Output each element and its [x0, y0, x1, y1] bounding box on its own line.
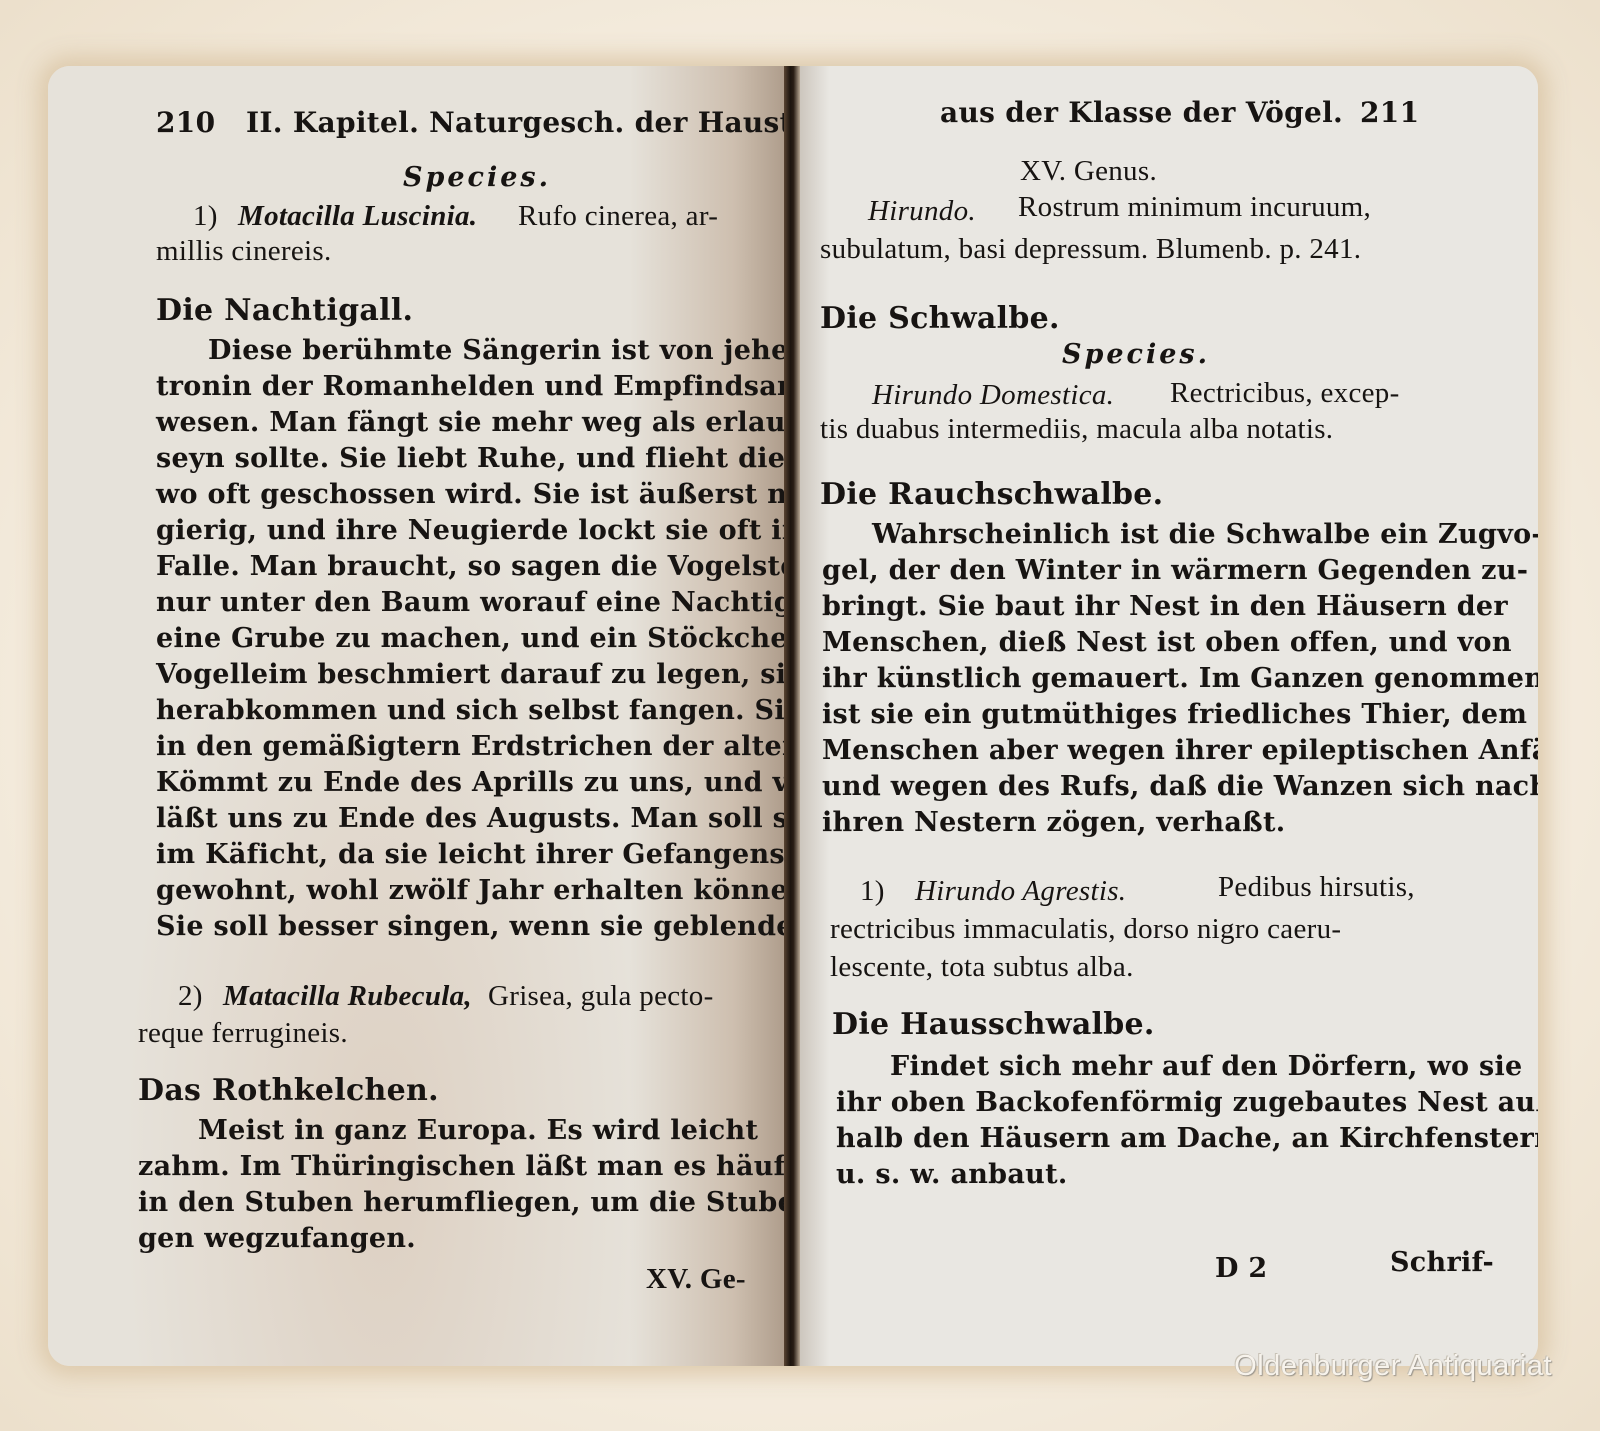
heading-schwalbe: Die Schwalbe. [820, 302, 1060, 336]
page-number-left: 210 [156, 106, 215, 140]
entry-1-description-cont: millis cinereis. [156, 234, 332, 268]
left-page: 210 II. Kapitel. Naturgesch. der Hausthi… [48, 66, 793, 1366]
text-line: in den Stuben herumfliegen, um die Stube… [138, 1186, 877, 1220]
text-line: gierig, und ihre Neugierde lockt sie oft… [156, 514, 859, 548]
text-line: u. s. w. anbaut. [836, 1158, 1068, 1192]
text-line: und wegen des Rufs, daß die Wanzen sich … [822, 770, 1538, 804]
entry-1-latin-name: Motacilla Luscinia. [238, 199, 477, 233]
text-line: Menschen aber wegen ihrer epileptischen … [822, 734, 1538, 768]
heading-rauchschwalbe: Die Rauchschwalbe. [820, 478, 1163, 512]
species-label: Species. [403, 161, 551, 195]
text-line: ihr künstlich gemauert. Im Ganzen genomm… [822, 662, 1538, 696]
heading-nachtigall: Die Nachtigall. [156, 294, 413, 328]
photo-frame: 210 II. Kapitel. Naturgesch. der Hausthi… [0, 0, 1600, 1431]
text-line: Meist in ganz Europa. Es wird leicht [198, 1114, 758, 1148]
catchword-left: XV. Ge- [646, 1262, 746, 1296]
text-line: im Käficht, da sie leicht ihrer Gefangen… [156, 838, 864, 872]
text-line: bringt. Sie baut ihr Nest in den Häusern… [822, 590, 1508, 624]
text-line: seyn sollte. Sie liebt Ruhe, und flieht … [156, 442, 864, 476]
text-line: läßt uns zu Ende des Augusts. Man soll s… [156, 802, 816, 836]
text-line: gewohnt, wohl zwölf Jahr erhalten können… [156, 874, 818, 908]
text-line: eine Grube zu machen, und ein Stöckchen … [156, 622, 870, 656]
book-gutter [784, 66, 800, 1366]
text-line: gen wegzufangen. [138, 1222, 416, 1256]
genus-description-cont: subulatum, basi depressum. Blumenb. p. 2… [820, 232, 1361, 266]
genus-description: Rostrum minimum incuruum, [1018, 190, 1371, 224]
text-line: Kömmt zu Ende des Aprills zu uns, und ve… [156, 766, 832, 800]
page-number-right: 211 [1360, 96, 1419, 130]
text-line: gel, der den Winter in wärmern Gegenden … [822, 554, 1528, 588]
heading-hausschwalbe: Die Hausschwalbe. [832, 1008, 1155, 1042]
text-line: ihr oben Backofenförmig zugebautes Nest … [836, 1086, 1538, 1120]
text-line: wo oft geschossen wird. Sie ist äußerst … [156, 478, 883, 512]
watermark: Oldenburger Antiquariat [1234, 1350, 1552, 1383]
text-line: wesen. Man fängt sie mehr weg als erlaub… [156, 406, 818, 440]
entry-2-number: 2) [178, 979, 203, 1013]
species-description: Rectricibus, excep- [1170, 376, 1400, 410]
text-line: Diese berühmte Sängerin ist von jeher Pa… [208, 334, 862, 368]
entry-1-description: Rufo cinerea, ar- [518, 199, 718, 233]
species-description-cont: tis duabus intermediis, macula alba nota… [820, 412, 1333, 446]
genus-label: XV. Genus. [1020, 154, 1157, 188]
text-line: halb den Häusern am Dache, an Kirchfenst… [836, 1122, 1538, 1156]
text-line: ihren Nestern zögen, verhaßt. [822, 806, 1285, 840]
genus-latin-name: Hirundo. [868, 194, 976, 228]
catchword-right: Schrif- [1390, 1246, 1494, 1280]
entry-agrestis-description-cont: rectricibus immaculatis, dorso nigro cae… [830, 912, 1341, 946]
entry-1-number: 1) [193, 199, 218, 233]
entry-agrestis-number: 1) [860, 874, 885, 908]
species-label-right: Species. [1062, 338, 1210, 372]
entry-agrestis-description-cont2: lescente, tota subtus alba. [830, 950, 1134, 984]
text-line: Menschen, dieß Nest ist oben offen, und … [822, 626, 1512, 660]
text-line: Falle. Man braucht, so sagen die Vogelst… [156, 550, 859, 584]
heading-rothkelchen: Das Rothkelchen. [138, 1074, 439, 1108]
text-line: zahm. Im Thüringischen läßt man es häufi… [138, 1150, 815, 1184]
book-spread: 210 II. Kapitel. Naturgesch. der Hausthi… [48, 66, 1538, 1366]
entry-2-description: Grisea, gula pecto- [488, 979, 714, 1013]
text-line: Wahrscheinlich ist die Schwalbe ein Zugv… [872, 518, 1538, 552]
text-line: herabkommen und sich selbst fangen. Sie … [156, 694, 872, 728]
right-page: aus der Klasse der Vögel. 211 XV. Genus.… [800, 66, 1538, 1366]
text-line: in den gemäßigtern Erdstrichen der alten… [156, 730, 891, 764]
entry-agrestis-latin-name: Hirundo Agrestis. [915, 874, 1126, 908]
signature-mark: D 2 [1215, 1252, 1268, 1286]
text-line: ist sie ein gutmüthiges friedliches Thie… [822, 698, 1527, 732]
entry-agrestis-description: Pedibus hirsutis, [1218, 870, 1415, 904]
species-latin-name: Hirundo Domestica. [872, 378, 1114, 412]
text-line: Findet sich mehr auf den Dörfern, wo sie [890, 1050, 1523, 1084]
entry-2-description-cont: reque ferrugineis. [138, 1016, 348, 1050]
entry-2-latin-name: Matacilla Rubecula, [223, 979, 472, 1013]
running-head-right: aus der Klasse der Vögel. [940, 96, 1343, 130]
running-head-left: II. Kapitel. Naturgesch. der Hausthiere [246, 106, 876, 140]
